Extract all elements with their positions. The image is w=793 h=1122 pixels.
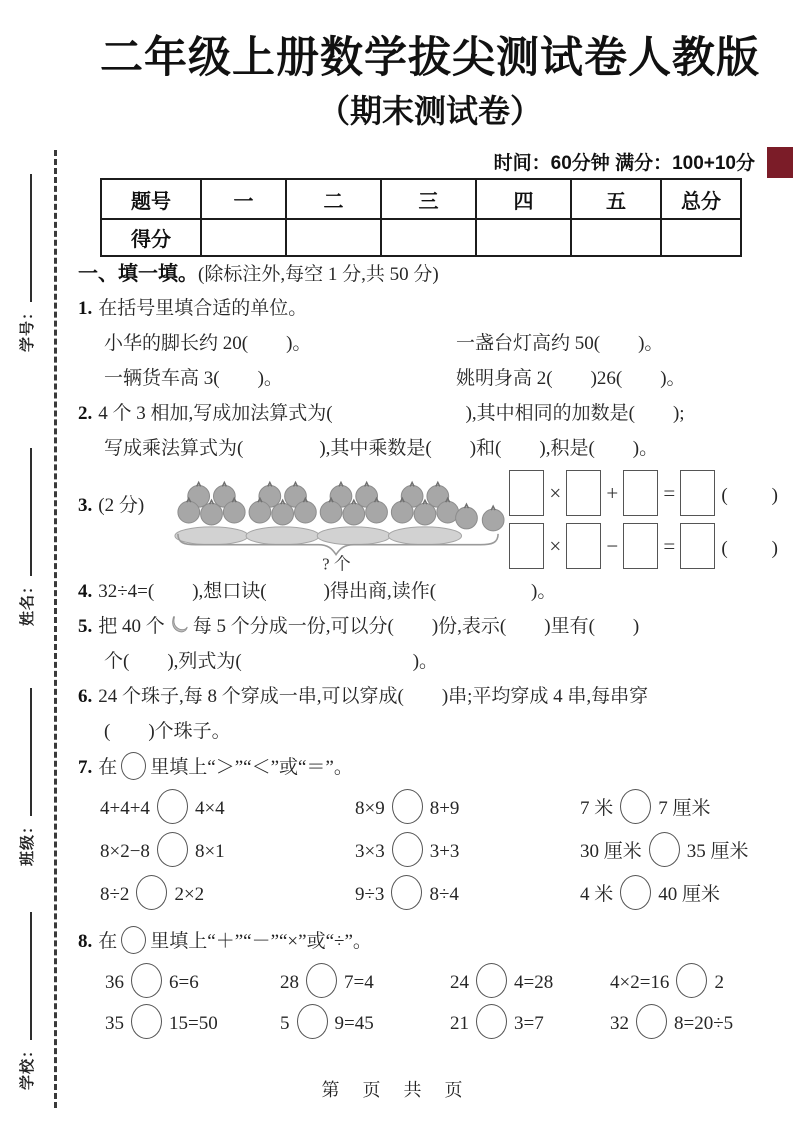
q7-stem-pre: 在: [98, 757, 117, 778]
score-header-cell: 五: [571, 179, 661, 219]
question-8-number: 8.: [78, 931, 92, 952]
compare-left: 4+4+4: [100, 798, 150, 819]
q7-grid: 4+4+44×4 8×98+9 7 米7 厘米 8×2−88×1 3×33+3 …: [78, 787, 780, 916]
q8-stem-post: 里填上“＋”“－”“×”或“÷”。: [150, 931, 372, 952]
operand-left: 32: [610, 1013, 629, 1034]
operand-right: 15=50: [169, 1013, 218, 1034]
answer-box[interactable]: [566, 470, 601, 516]
compare-left: 8÷2: [100, 884, 129, 905]
score-entry-cell[interactable]: [476, 219, 571, 256]
page-subtitle: （期末测试卷）: [75, 86, 785, 132]
compare-left: 8×9: [355, 798, 385, 819]
answer-circle[interactable]: [157, 789, 188, 824]
multiply-sign: ×: [544, 534, 566, 559]
answer-box[interactable]: [623, 523, 658, 569]
class-blank[interactable]: [16, 688, 32, 816]
compare-right: 7 厘米: [658, 798, 710, 819]
operand-right: 8=20÷5: [674, 1013, 733, 1034]
score-header-cell: 题号: [101, 179, 201, 219]
student-id-field: 学号：: [16, 174, 37, 352]
answer-circle[interactable]: [636, 1004, 667, 1039]
q5-line2: 个( ),列式为( )。: [78, 644, 780, 679]
score-entry-cell[interactable]: [381, 219, 476, 256]
answer-box[interactable]: [680, 470, 715, 516]
answer-box[interactable]: [623, 470, 658, 516]
answer-circle: [121, 752, 146, 780]
answer-circle[interactable]: [136, 875, 167, 910]
q3-equation-2: × − = ( ): [509, 523, 780, 569]
score-entry-cell[interactable]: [661, 219, 741, 256]
question-4: 4.32÷4=( ),想口诀( )得出商,读作( )。: [78, 574, 780, 609]
question-4-number: 4.: [78, 581, 92, 602]
q1-item-b: 一盏台灯高约 50( )。: [456, 326, 663, 361]
answer-circle[interactable]: [649, 832, 680, 867]
question-6-number: 6.: [78, 686, 92, 707]
q6-line1: 24 个珠子,每 8 个穿成一串,可以穿成( )串;平均穿成 4 串,每串穿: [98, 686, 648, 707]
question-1: 1.在括号里填合适的单位。 小华的脚长约 20( )。 一盏台灯高约 50( )…: [78, 291, 780, 396]
answer-circle[interactable]: [297, 1004, 328, 1039]
q3-score: (2 分): [98, 495, 144, 516]
q7-row: 8×2−88×1 3×33+3 30 厘米35 厘米: [100, 830, 780, 873]
student-id-label: 学号：: [19, 304, 36, 352]
compare-right: 8×1: [195, 841, 225, 862]
question-1-number: 1.: [78, 298, 92, 319]
compare-right: 3+3: [430, 841, 460, 862]
compare-right: 8+9: [430, 798, 460, 819]
operand-left: 28: [280, 972, 299, 993]
question-6: 6.24 个珠子,每 8 个穿成一串,可以穿成( )串;平均穿成 4 串,每串穿…: [78, 679, 780, 749]
question-1-stem: 在括号里填合适的单位。: [98, 298, 307, 319]
q2-line1: 4 个 3 相加,写成加法算式为( ),其中相同的加数是( );: [98, 403, 684, 424]
q5-line1-post: 每 5 个分成一份,可以分( )份,表示( )里有( ): [193, 616, 639, 637]
answer-box[interactable]: [680, 523, 715, 569]
worksheet-page: 学号： 姓名： 班级： 学校： 二年级上册数学拔尖测试卷人教版 （期末测试卷） …: [0, 0, 793, 1122]
tomato-plate: [246, 482, 319, 544]
operand-left: 36: [105, 972, 124, 993]
red-corner-tab: [767, 147, 793, 178]
questions-area: 一、填一填。(除标注外,每空 1 分,共 50 分) 1.在括号里填合适的单位。…: [78, 258, 780, 1044]
q4-text: 32÷4=( ),想口诀( )得出商,读作( )。: [98, 581, 556, 602]
answer-circle[interactable]: [131, 963, 162, 998]
compare-left: 4 米: [580, 884, 613, 905]
question-5-number: 5.: [78, 616, 92, 637]
compare-left: 9÷3: [355, 884, 384, 905]
score-header-cell: 一: [201, 179, 286, 219]
operand-left: 24: [450, 972, 469, 993]
page-title: 二年级上册数学拔尖测试卷人教版: [75, 24, 785, 85]
section-one-note: (除标注外,每空 1 分,共 50 分): [198, 264, 439, 285]
score-header-cell: 三: [381, 179, 476, 219]
score-table: 题号 一 二 三 四 五 总分 得分: [100, 178, 742, 257]
unit-blank: ( ): [721, 480, 780, 507]
tomato-plate: [175, 482, 248, 544]
operand-right: 9=45: [335, 1013, 374, 1034]
compare-right: 2×2: [174, 884, 204, 905]
q1-item-a: 小华的脚长约 20( )。: [104, 326, 456, 361]
operand-right: 2: [714, 972, 724, 993]
exam-meta: 时间：60分钟 满分：100+10分: [75, 148, 755, 175]
section-one-heading: 一、填一填。(除标注外,每空 1 分,共 50 分): [78, 258, 780, 291]
equals-sign: =: [658, 481, 680, 506]
single-tomato: [482, 506, 504, 531]
compare-right: 40 厘米: [658, 884, 720, 905]
question-3: 3.(2 分): [78, 470, 780, 574]
score-header-cell: 二: [286, 179, 381, 219]
question-7-number: 7.: [78, 757, 92, 778]
operand-left: 21: [450, 1013, 469, 1034]
q1-item-d: 姚明身高 2( )26( )。: [456, 361, 686, 396]
section-one-title: 一、填一填。: [78, 263, 198, 285]
q6-line2: ( )个珠子。: [78, 714, 780, 749]
single-tomato: [456, 504, 478, 529]
multiply-sign: ×: [544, 481, 566, 506]
class-field: 班级：: [16, 688, 37, 866]
answer-circle[interactable]: [620, 875, 651, 910]
score-entry-cell[interactable]: [571, 219, 661, 256]
plus-sign: +: [601, 481, 623, 506]
student-name-label: 姓名：: [19, 578, 36, 626]
tomato-groups-graphic: ? 个: [170, 470, 506, 572]
answer-circle[interactable]: [392, 832, 423, 867]
q5-line1-pre: 把 40 个: [98, 616, 165, 637]
compare-left: 3×3: [355, 841, 385, 862]
question-5: 5.把 40 个每 5 个分成一份,可以分( )份,表示( )里有( ) 个( …: [78, 609, 780, 679]
question-3-number: 3.: [78, 495, 92, 516]
answer-box[interactable]: [566, 523, 601, 569]
operand-right: 3=7: [514, 1013, 544, 1034]
answer-circle[interactable]: [131, 1004, 162, 1039]
q7-stem-post: 里填上“＞”“＜”或“＝”。: [150, 757, 353, 778]
answer-circle[interactable]: [476, 1004, 507, 1039]
brace-label: ? 个: [322, 554, 351, 572]
question-2: 2.4 个 3 相加,写成加法算式为( ),其中相同的加数是( ); 写成乘法算…: [78, 396, 780, 466]
score-table-header-row: 题号 一 二 三 四 五 总分: [101, 179, 741, 219]
unit-blank: ( ): [721, 533, 780, 560]
minus-sign: −: [601, 534, 623, 559]
q8-row: 366=6 287=4 244=28 4×2=162: [105, 962, 780, 1003]
compare-right: 4×4: [195, 798, 225, 819]
compare-left: 8×2−8: [100, 841, 150, 862]
question-8: 8.在里填上“＋”“－”“×”或“÷”。 366=6 287=4 244=28 …: [78, 922, 780, 1044]
score-row-label: 得分: [101, 219, 201, 256]
compare-right: 8÷4: [429, 884, 458, 905]
q1-item-c: 一辆货车高 3( )。: [104, 361, 456, 396]
binding-dashed-line: [54, 150, 57, 1108]
score-header-cell: 四: [476, 179, 571, 219]
q8-row: 3515=50 59=45 213=7 328=20÷5: [105, 1003, 780, 1044]
q3-equations: × + = ( ) × − = ( ): [509, 470, 780, 576]
answer-circle[interactable]: [157, 832, 188, 867]
student-name-field: 姓名：: [16, 448, 37, 626]
operand-right: 4=28: [514, 972, 553, 993]
compare-right: 35 厘米: [687, 841, 749, 862]
answer-box[interactable]: [509, 470, 544, 516]
operand-right: 7=4: [344, 972, 374, 993]
operand-right: 6=6: [169, 972, 199, 993]
score-entry-cell[interactable]: [286, 219, 381, 256]
tomato-plate: [388, 482, 461, 544]
answer-circle[interactable]: [676, 963, 707, 998]
school-field: 学校：: [16, 912, 37, 1090]
answer-circle: [121, 926, 146, 954]
answer-box[interactable]: [509, 523, 544, 569]
compare-left: 7 米: [580, 798, 613, 819]
student-id-blank[interactable]: [16, 174, 32, 302]
score-entry-cell[interactable]: [201, 219, 286, 256]
score-header-cell: 总分: [661, 179, 741, 219]
answer-circle[interactable]: [620, 789, 651, 824]
answer-circle[interactable]: [306, 963, 337, 998]
student-name-blank[interactable]: [16, 448, 32, 576]
banana-icon: [168, 615, 190, 637]
class-label: 班级：: [19, 818, 36, 866]
operand-left: 5: [280, 1013, 290, 1034]
answer-circle[interactable]: [476, 963, 507, 998]
answer-circle[interactable]: [392, 789, 423, 824]
compare-left: 30 厘米: [580, 841, 642, 862]
answer-circle[interactable]: [391, 875, 422, 910]
question-7: 7.在里填上“＞”“＜”或“＝”。 4+4+44×4 8×98+9 7 米7 厘…: [78, 749, 780, 916]
q2-line2: 写成乘法算式为( ),其中乘数是( )和( ),积是( )。: [78, 431, 780, 466]
school-blank[interactable]: [16, 912, 32, 1040]
operand-left: 4×2=16: [610, 972, 669, 993]
q7-row: 8÷22×2 9÷38÷4 4 米40 厘米: [100, 873, 780, 916]
operand-left: 35: [105, 1013, 124, 1034]
q7-row: 4+4+44×4 8×98+9 7 米7 厘米: [100, 787, 780, 830]
page-footer: 第 页 共 页: [0, 1076, 793, 1102]
equals-sign: =: [658, 534, 680, 559]
tomato-plate: [317, 482, 390, 544]
q8-grid: 366=6 287=4 244=28 4×2=162 3515=50 59=45…: [78, 962, 780, 1044]
question-2-number: 2.: [78, 403, 92, 424]
score-table-score-row: 得分: [101, 219, 741, 256]
q3-equation-1: × + = ( ): [509, 470, 780, 516]
q8-stem-pre: 在: [98, 931, 117, 952]
